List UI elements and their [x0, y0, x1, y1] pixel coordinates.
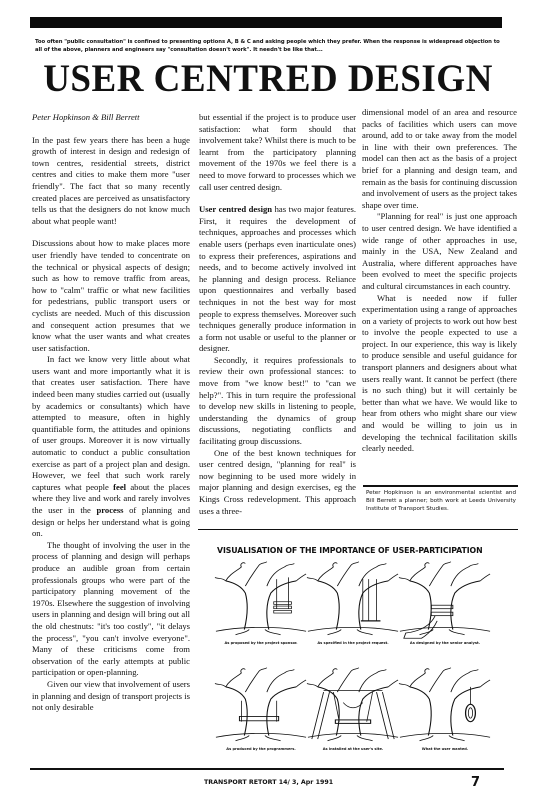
paragraph: One of the best known techniques for use… — [199, 448, 356, 518]
paragraph: dimensional model of an area and resourc… — [362, 107, 517, 211]
emphasis: User centred design — [199, 204, 272, 214]
figure-panel: As specified in the project request. — [304, 560, 402, 652]
figure-panel: As proposed by the project sponsor. — [212, 560, 310, 652]
figure-title: VISUALISATION OF THE IMPORTANCE OF USER-… — [217, 545, 483, 555]
figure-panel: As produced by the programmers. — [212, 666, 310, 758]
figure-caption: As installed at the user's site. — [304, 747, 402, 751]
footer-rule — [30, 768, 504, 770]
column-1: Peter Hopkinson & Bill Berrett In the pa… — [32, 112, 190, 714]
emphasis: process — [96, 505, 123, 515]
paragraph: The thought of involving the user in the… — [32, 540, 190, 679]
column-2: but essential if the project is to produ… — [199, 112, 356, 517]
figure-caption: As proposed by the project sponsor. — [212, 641, 310, 645]
emphasis: feel — [113, 482, 126, 492]
figure-caption: As produced by the programmers. — [212, 747, 310, 751]
figure-panel: As installed at the user's site. — [304, 666, 402, 758]
header-black-bar — [30, 17, 502, 28]
publication-footer: TRANSPORT RETORT 14/ 3, Apr 1991 — [204, 779, 333, 786]
paragraph: In the past few years there has been a h… — [32, 135, 190, 228]
figure-top-rule — [198, 529, 518, 530]
paragraph: Discussions about how to make places mor… — [32, 238, 190, 354]
column-3: dimensional model of an area and resourc… — [362, 107, 517, 455]
figure-panel: As designed by the senior analyst. — [396, 560, 494, 652]
paragraph: In fact we know very little about what u… — [32, 354, 190, 540]
paragraph: Given our view that involvement of users… — [32, 679, 190, 714]
paragraph: "Planning for real" is just one approach… — [362, 211, 517, 292]
figure-panel: What the user wanted. — [396, 666, 494, 758]
bio-top-rule — [363, 485, 518, 487]
paragraph: but essential if the project is to produ… — [199, 112, 356, 193]
author-bio: Peter Hopkinson is an environmental scie… — [366, 489, 516, 513]
figure-caption: As designed by the senior analyst. — [396, 641, 494, 645]
standfirst: Too often "public consultation" is confi… — [35, 38, 505, 54]
headline: USER CENTRED DESIGN — [13, 57, 522, 101]
paragraph: Secondly, it requires professionals to r… — [199, 355, 356, 448]
figure-caption: What the user wanted. — [396, 747, 494, 751]
paragraph: What is needed now if fuller experimenta… — [362, 293, 517, 455]
byline: Peter Hopkinson & Bill Berrett — [32, 112, 190, 124]
figure-caption: As specified in the project request. — [304, 641, 402, 645]
paragraph: User centred design has two major featur… — [199, 204, 356, 355]
page-number: 7 — [471, 775, 480, 790]
